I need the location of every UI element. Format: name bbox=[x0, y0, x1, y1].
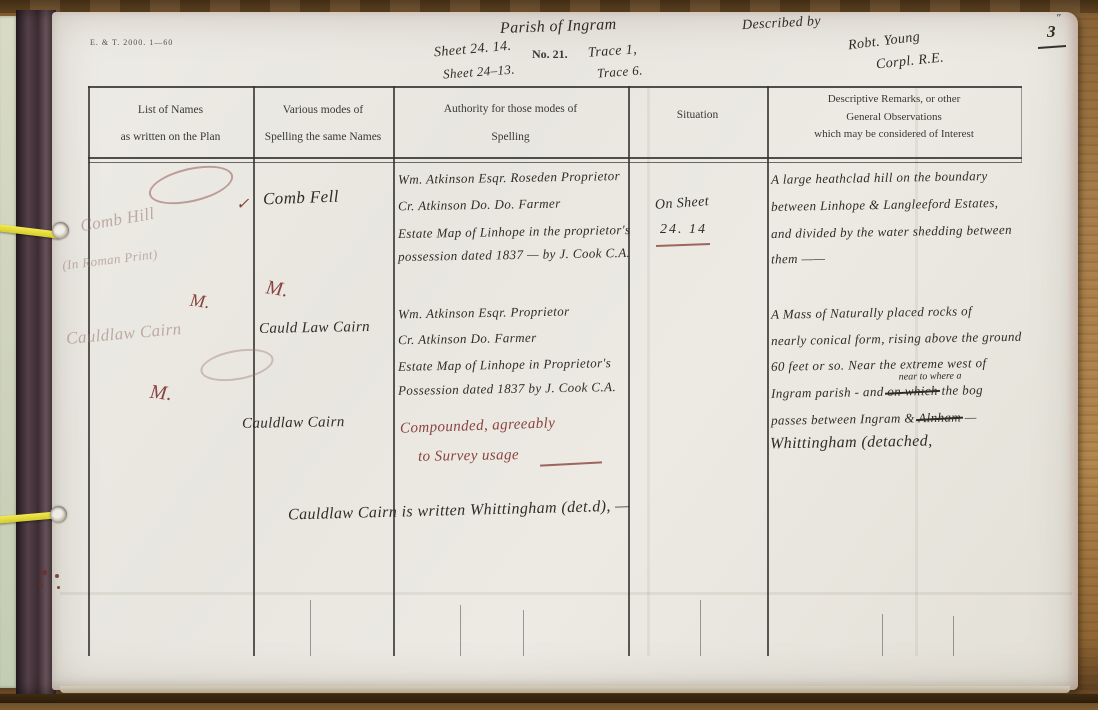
remarks-r2-insertion: near to where a bbox=[899, 371, 962, 383]
column-header-authority-line1: Authority for those modes of bbox=[393, 95, 628, 123]
column-header-remarks-line2: General Observations bbox=[767, 109, 1021, 127]
column-border-4 bbox=[767, 86, 769, 656]
ink-dot bbox=[55, 574, 59, 578]
underlying-rule-line bbox=[700, 600, 701, 656]
column-header-remarks: Descriptive Remarks, or other General Ob… bbox=[767, 91, 1021, 144]
column-header-names: List of Names as written on the Plan bbox=[88, 97, 253, 151]
underlying-rule-line bbox=[882, 614, 883, 656]
authority-r1-line2: Cr. Atkinson Do. Do. Farmer bbox=[398, 196, 561, 215]
remarks-r2-line4-struck: on which bbox=[887, 383, 938, 399]
ink-dot bbox=[42, 570, 47, 575]
column-header-authority: Authority for those modes of Spelling bbox=[393, 95, 628, 151]
table-header-bottom-border-2 bbox=[88, 162, 1022, 163]
desk-shadow-bottom bbox=[0, 694, 1098, 703]
column-border-3 bbox=[628, 86, 630, 656]
ink-dot bbox=[57, 586, 60, 589]
trace-number-2: Trace 6. bbox=[596, 62, 643, 81]
paper-crease bbox=[647, 86, 650, 656]
red-checkmark: ✓ bbox=[236, 194, 250, 214]
book-binding-gutter bbox=[16, 10, 56, 694]
table-left-border bbox=[88, 86, 90, 656]
column-header-names-line1: List of Names bbox=[88, 97, 253, 124]
column-header-remarks-line1: Descriptive Remarks, or other bbox=[767, 91, 1021, 109]
column-border-2 bbox=[393, 86, 395, 656]
column-header-situation: Situation bbox=[628, 109, 767, 121]
trace-number-1: Trace 1, bbox=[588, 42, 638, 61]
printed-no-label: No. 21. bbox=[532, 47, 568, 62]
remarks-r2-line6: Whittingham (detached, bbox=[770, 433, 933, 454]
form-number: E. & T. 2000. 1—60 bbox=[90, 38, 173, 47]
spelling-comb-fell: Comb Fell bbox=[263, 187, 339, 210]
table-top-border bbox=[88, 86, 1022, 88]
ink-dot bbox=[39, 583, 43, 587]
remarks-r2-line4-b: the bog bbox=[938, 382, 983, 398]
table-right-border bbox=[1021, 86, 1022, 162]
binding-hole-bottom bbox=[50, 506, 67, 523]
examiner-initial: M. bbox=[189, 290, 212, 314]
underlying-rule-line bbox=[460, 605, 461, 656]
binding-hole-top bbox=[52, 222, 69, 239]
column-header-spelling-modes-line2: Spelling the same Names bbox=[253, 124, 393, 151]
corner-tick-mark: ″ bbox=[1056, 12, 1061, 24]
remarks-r2-line5-b: — bbox=[961, 409, 977, 424]
authority-r3-line2: to Survey usage bbox=[418, 447, 519, 466]
authority-r2-line2: Cr. Atkinson Do. Farmer bbox=[398, 330, 537, 348]
remarks-r2-line5-a: passes between Ingram & bbox=[771, 410, 919, 428]
page-stack-bottom-edge bbox=[60, 686, 1070, 693]
situation-sheet-number: 24. 14 bbox=[660, 222, 707, 238]
underlying-rule-line bbox=[310, 600, 311, 656]
examiner-initial: M. bbox=[264, 276, 290, 302]
column-header-spelling-modes-line1: Various modes of bbox=[253, 97, 393, 124]
column-header-remarks-line3: which may be considered of Interest bbox=[767, 126, 1021, 144]
spelling-cauld-law-cairn: Cauld Law Cairn bbox=[259, 319, 370, 338]
remarks-r2-line5-struck: Alnham bbox=[918, 409, 961, 425]
column-header-names-line2: as written on the Plan bbox=[88, 124, 253, 151]
authority-r2-line1: Wm. Atkinson Esqr. Proprietor bbox=[398, 304, 570, 323]
remarks-r1-line4: them —— bbox=[771, 251, 826, 268]
paper-crease bbox=[60, 592, 1072, 595]
table-header-bottom-border bbox=[88, 157, 1022, 159]
underlying-rule-line bbox=[523, 610, 524, 656]
column-header-spelling-modes: Various modes of Spelling the same Names bbox=[253, 97, 393, 151]
spelling-cauldlaw-cairn: Cauldlaw Cairn bbox=[242, 414, 345, 433]
underlying-rule-line bbox=[953, 616, 954, 656]
column-header-authority-line2: Spelling bbox=[393, 123, 628, 151]
page-number: 3 bbox=[1047, 22, 1056, 42]
remarks-r2-line4-a: Ingram parish - and bbox=[771, 384, 888, 401]
examiner-initial: M. bbox=[149, 381, 174, 407]
